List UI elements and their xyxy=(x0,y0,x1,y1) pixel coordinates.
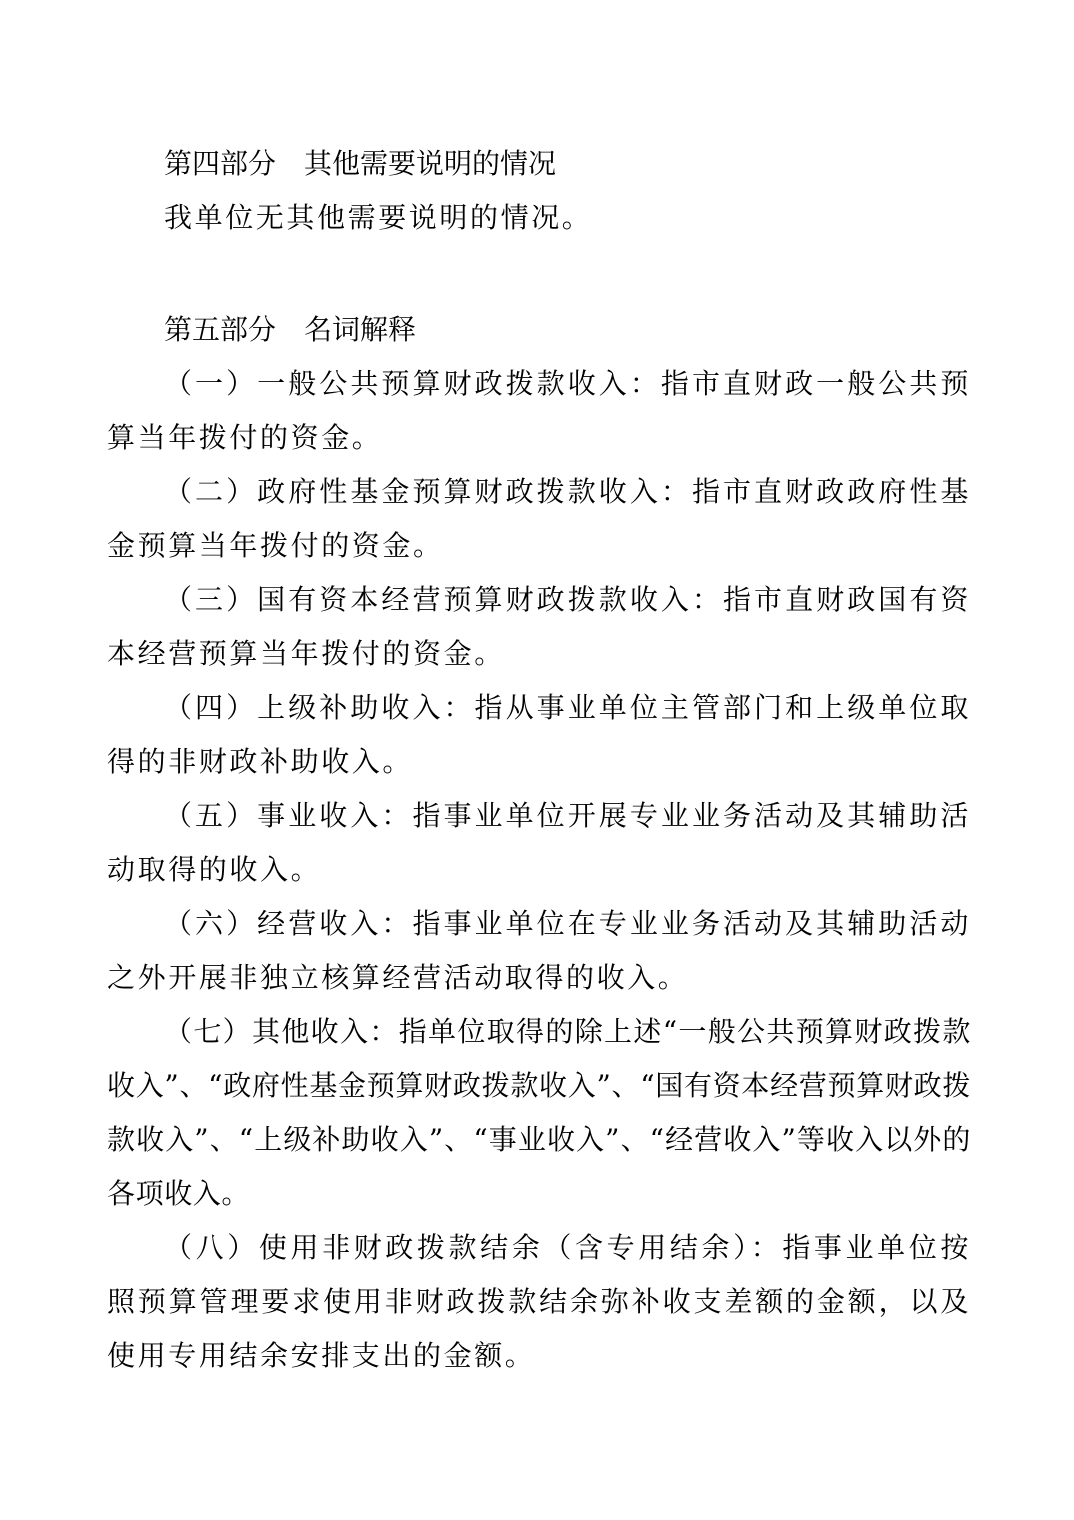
section-heading: 第四部分其他需要说明的情况 xyxy=(107,137,971,191)
glossary-item-operating-income: （六）经营收入：指事业单位在专业业务活动及其辅助活动之外开展非独立核算经营活动取… xyxy=(107,897,971,1005)
section-other-notes: 第四部分其他需要说明的情况 我单位无其他需要说明的情况。 xyxy=(107,137,971,245)
paragraph-no-other-notes: 我单位无其他需要说明的情况。 xyxy=(107,191,971,245)
section-glossary: 第五部分名词解释 （一）一般公共预算财政拨款收入：指市直财政一般公共预算当年拨付… xyxy=(107,303,971,1383)
section-heading: 第五部分名词解释 xyxy=(107,303,971,357)
section-title: 名词解释 xyxy=(304,313,416,346)
section-number: 第四部分 xyxy=(164,147,276,180)
glossary-item-non-fiscal-surplus: （八）使用非财政拨款结余（含专用结余）：指事业单位按照预算管理要求使用非财政拨款… xyxy=(107,1221,971,1383)
section-number: 第五部分 xyxy=(164,313,276,346)
section-spacer xyxy=(107,245,971,303)
glossary-item-government-fund-income: （二）政府性基金预算财政拨款收入：指市直财政政府性基金预算当年拨付的资金。 xyxy=(107,465,971,573)
glossary-item-business-income: （五）事业收入：指事业单位开展专业业务活动及其辅助活动取得的收入。 xyxy=(107,789,971,897)
document-page: 第四部分其他需要说明的情况 我单位无其他需要说明的情况。 第五部分名词解释 （一… xyxy=(107,137,971,1383)
glossary-item-state-capital-income: （三）国有资本经营预算财政拨款收入：指市直财政国有资本经营预算当年拨付的资金。 xyxy=(107,573,971,681)
glossary-item-general-budget-income: （一）一般公共预算财政拨款收入：指市直财政一般公共预算当年拨付的资金。 xyxy=(107,357,971,465)
glossary-item-superior-subsidy-income: （四）上级补助收入：指从事业单位主管部门和上级单位取得的非财政补助收入。 xyxy=(107,681,971,789)
glossary-item-other-income: （七）其他收入：指单位取得的除上述“一般公共预算财政拨款收入”、“政府性基金预算… xyxy=(107,1005,971,1221)
section-title: 其他需要说明的情况 xyxy=(304,147,556,180)
